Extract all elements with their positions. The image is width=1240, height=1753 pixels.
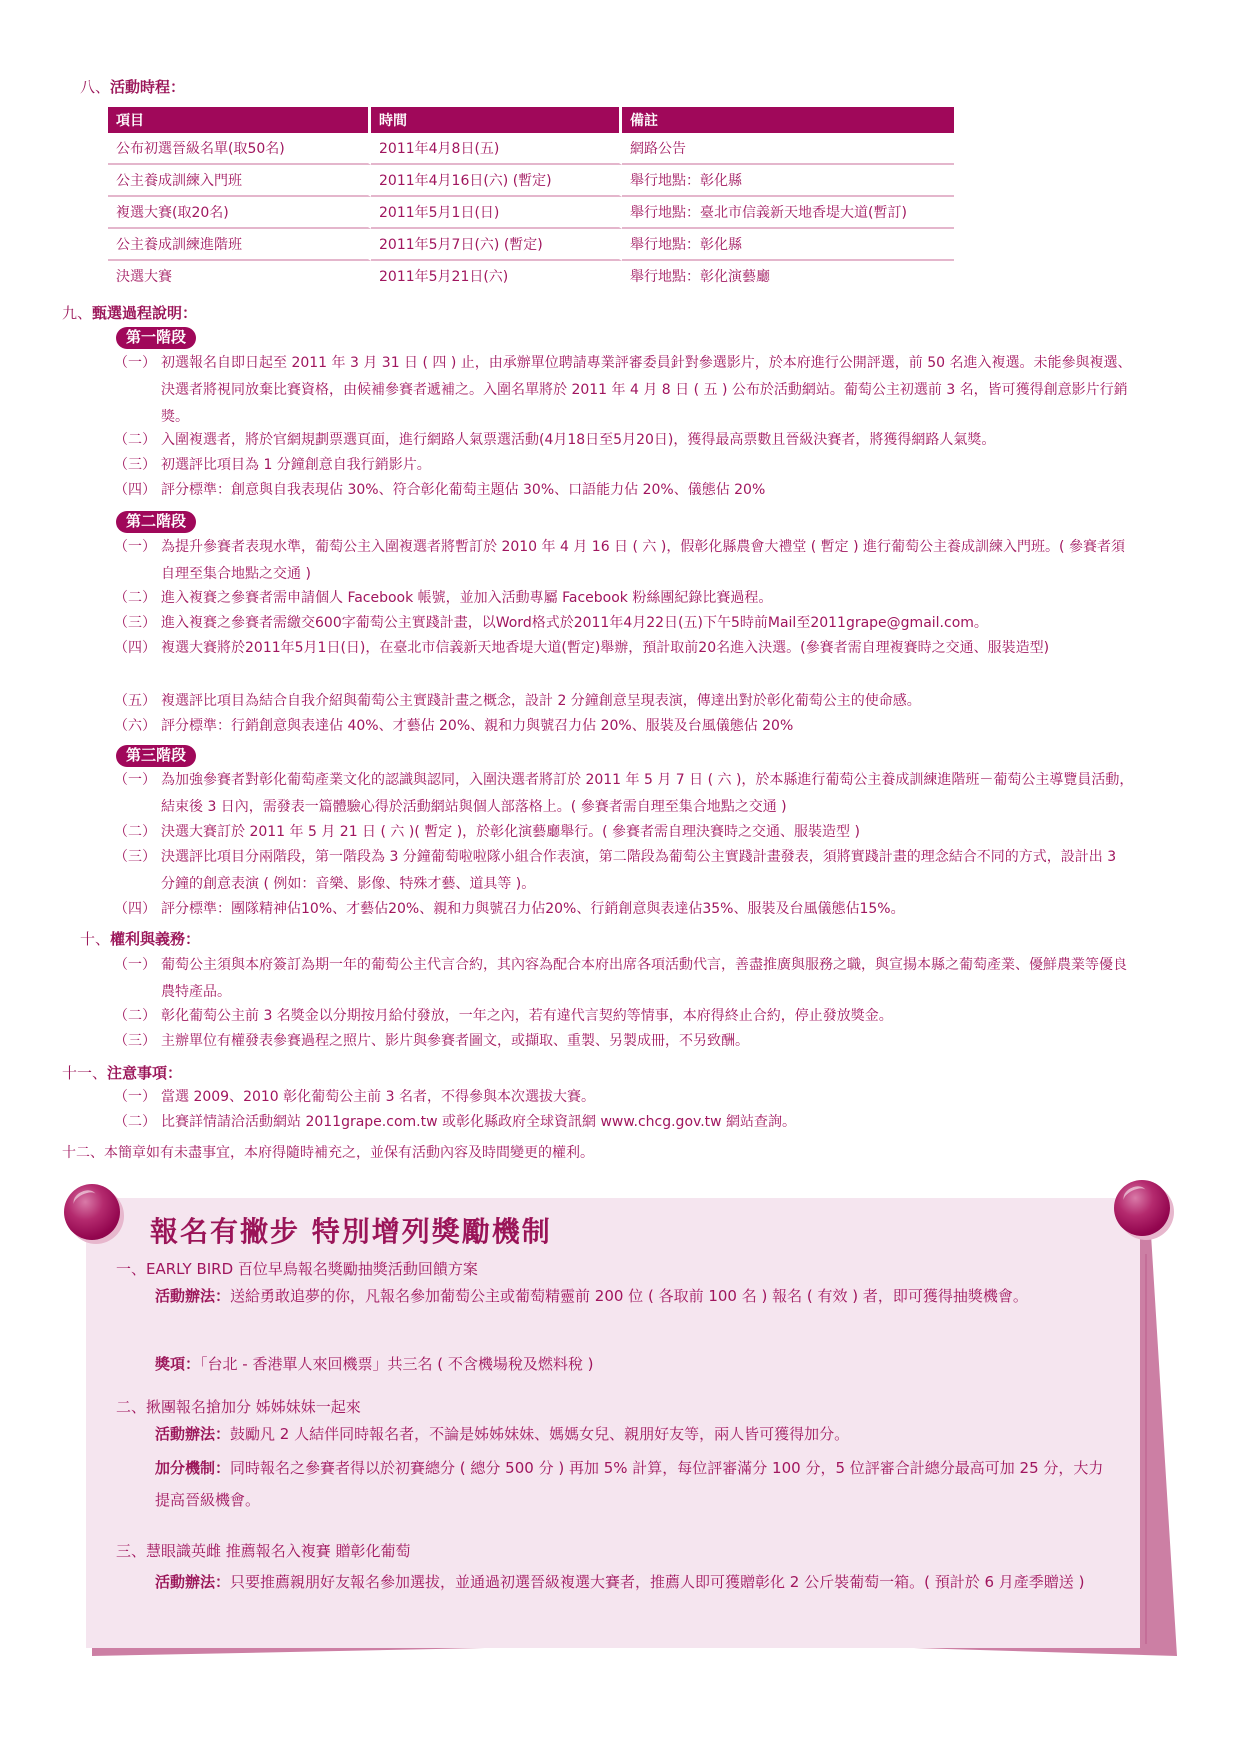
bonus-paragraph: 獎項：「台北 - 香港單人來回機票」共三名 ( 不含機場稅及燃料稅 ) bbox=[155, 1348, 1115, 1380]
item-marker: （三） bbox=[114, 610, 161, 637]
item-marker: （四） bbox=[114, 477, 161, 504]
cell-item: 複選大賽(取20名) bbox=[108, 197, 371, 229]
paragraph-text: 只要推薦親朋好友報名參加選拔，並通過初選晉級複選大賽者，推薦人即可獲贈彰化 2 … bbox=[230, 1573, 1084, 1591]
schedule-table: 項目 時間 備註 公布初選晉級名單(取50名) 2011年4月8日(五) 網路公… bbox=[108, 107, 954, 291]
list-item: （四） 複選大賽將於2011年5月1日(日)，在臺北市信義新天地香堤大道(暫定)… bbox=[114, 635, 1134, 662]
section-title: 活動時程： bbox=[110, 78, 185, 96]
paragraph-text: 「台北 - 香港單人來回機票」共三名 ( 不含機場稅及燃料稅 ) bbox=[200, 1355, 593, 1373]
item-marker: （一） bbox=[114, 1084, 161, 1111]
item-marker: （四） bbox=[114, 635, 161, 662]
list-item: （三） 主辦單位有權發表參賽過程之照片、影片與參賽者圖文，或擷取、重製、另製成冊… bbox=[114, 1028, 1134, 1055]
list-item: （一） 初選報名自即日起至 2011 年 3 月 31 日 ( 四 ) 止，由承… bbox=[114, 350, 1134, 431]
item-marker: （四） bbox=[114, 896, 161, 923]
stage-2-badge: 第二階段 bbox=[116, 511, 196, 533]
bonus-paragraph: 活動辦法：鼓勵凡 2 人結伴同時報名者，不論是姊姊妹妹、媽媽女兒、親朋好友等，兩… bbox=[155, 1418, 1115, 1450]
list-item: （二） 彰化葡萄公主前 3 名獎金以分期按月給付發放，一年之內，若有違代言契約等… bbox=[114, 1003, 1134, 1030]
item-text: 進入複賽之參賽者需繳交600字葡萄公主實踐計畫，以Word格式於2011年4月2… bbox=[161, 610, 1134, 637]
bonus-title: 報名有撇步 特別增列獎勵機制 bbox=[150, 1210, 552, 1250]
item-marker: （一） bbox=[114, 534, 161, 588]
item-text: 評分標準：行銷創意與表達佔 40%、才藝佔 20%、親和力與號召力佔 20%、服… bbox=[161, 713, 1134, 740]
item-marker: （三） bbox=[114, 452, 161, 479]
item-text: 初選報名自即日起至 2011 年 3 月 31 日 ( 四 ) 止，由承辦單位聘… bbox=[161, 350, 1134, 431]
bonus-paragraph: 活動辦法：只要推薦親朋好友報名參加選拔，並通過初選晉級複選大賽者，推薦人即可獲贈… bbox=[155, 1566, 1115, 1598]
item-marker: （二） bbox=[114, 427, 161, 454]
list-item: （一） 為加強參賽者對彰化葡萄產業文化的認識與認同，入圍決選者將訂於 2011 … bbox=[114, 767, 1134, 821]
item-text: 評分標準：團隊精神佔10%、才藝佔20%、親和力與號召力佔20%、行銷創意與表達… bbox=[161, 896, 1134, 923]
section-title: 甄選過程說明： bbox=[92, 304, 197, 322]
item-text: 葡萄公主須與本府簽訂為期一年的葡萄公主代言合約，其內容為配合本府出席各項活動代言… bbox=[161, 952, 1134, 1006]
cell-item: 公主養成訓練入門班 bbox=[108, 165, 371, 197]
cell-remark: 舉行地點：臺北市信義新天地香堤大道(暫訂) bbox=[622, 197, 954, 229]
item-text: 為加強參賽者對彰化葡萄產業文化的認識與認同，入圍決選者將訂於 2011 年 5 … bbox=[161, 767, 1134, 821]
item-text: 決選大賽訂於 2011 年 5 月 21 日 ( 六 )( 暫定 )，於彰化演藝… bbox=[161, 819, 1134, 846]
item-marker: （二） bbox=[114, 1003, 161, 1030]
item-marker: （三） bbox=[114, 1028, 161, 1055]
item-text: 決選評比項目分兩階段，第一階段為 3 分鐘葡萄啦啦隊小組合作表演，第二階段為葡萄… bbox=[161, 844, 1134, 898]
pin-string bbox=[1145, 1254, 1147, 1644]
column-header-time: 時間 bbox=[371, 107, 622, 133]
item-text: 比賽詳情請洽活動網站 2011grape.com.tw 或彰化縣政府全球資訊網 … bbox=[161, 1109, 1134, 1136]
cell-remark: 網路公告 bbox=[622, 133, 954, 165]
stage-3-badge: 第三階段 bbox=[116, 745, 196, 767]
paragraph-label: 活動辦法： bbox=[155, 1425, 230, 1443]
list-item: （二） 進入複賽之參賽者需申請個人 Facebook 帳號，並加入活動專屬 Fa… bbox=[114, 585, 1134, 612]
item-text: 複選評比項目為結合自我介紹與葡萄公主實踐計畫之概念，設計 2 分鐘創意呈現表演，… bbox=[161, 688, 1134, 715]
cell-time: 2011年4月16日(六) (暫定) bbox=[371, 165, 622, 197]
paragraph-label: 活動辦法： bbox=[155, 1573, 230, 1591]
cell-remark: 舉行地點：彰化演藝廳 bbox=[622, 261, 954, 291]
cell-time: 2011年5月7日(六) (暫定) bbox=[371, 229, 622, 261]
list-item: （三） 進入複賽之參賽者需繳交600字葡萄公主實踐計畫，以Word格式於2011… bbox=[114, 610, 1134, 637]
bonus-paragraph: 加分機制：同時報名之參賽者得以於初賽總分 ( 總分 500 分 ) 再加 5% … bbox=[155, 1452, 1115, 1516]
section-number: 九、 bbox=[62, 304, 92, 322]
item-text: 初選評比項目為 1 分鐘創意自我行銷影片。 bbox=[161, 452, 1134, 479]
section-number: 八、 bbox=[80, 78, 110, 96]
list-item: （三） 決選評比項目分兩階段，第一階段為 3 分鐘葡萄啦啦隊小組合作表演，第二階… bbox=[114, 844, 1134, 898]
paragraph-text: 送給勇敢追夢的你，凡報名參加葡萄公主或葡萄精靈前 200 位 ( 各取前 100… bbox=[230, 1287, 1028, 1305]
cell-time: 2011年4月8日(五) bbox=[371, 133, 622, 165]
bonus-heading-1: 一、EARLY BIRD 百位早鳥報名獎勵抽獎活動回饋方案 bbox=[116, 1258, 478, 1279]
section-number: 十、 bbox=[80, 930, 110, 948]
table-row: 複選大賽(取20名) 2011年5月1日(日) 舉行地點：臺北市信義新天地香堤大… bbox=[108, 197, 954, 229]
column-header-remark: 備註 bbox=[622, 107, 954, 133]
stage-1-badge: 第一階段 bbox=[116, 327, 196, 349]
item-marker: （二） bbox=[114, 1109, 161, 1136]
cell-item: 決選大賽 bbox=[108, 261, 371, 291]
item-text: 進入複賽之參賽者需申請個人 Facebook 帳號，並加入活動專屬 Facebo… bbox=[161, 585, 1134, 612]
list-item: （一） 葡萄公主須與本府簽訂為期一年的葡萄公主代言合約，其內容為配合本府出席各項… bbox=[114, 952, 1134, 1006]
list-item: （二） 入圍複選者，將於官網規劃票選頁面，進行網路人氣票選活動(4月18日至5月… bbox=[114, 427, 1134, 454]
item-text: 評分標準：創意與自我表現佔 30%、符合彰化葡萄主題佔 30%、口語能力佔 20… bbox=[161, 477, 1134, 504]
table-row: 公主養成訓練進階班 2011年5月7日(六) (暫定) 舉行地點：彰化縣 bbox=[108, 229, 954, 261]
list-item: （六） 評分標準：行銷創意與表達佔 40%、才藝佔 20%、親和力與號召力佔 2… bbox=[114, 713, 1134, 740]
column-header-item: 項目 bbox=[108, 107, 371, 133]
cell-item: 公主養成訓練進階班 bbox=[108, 229, 371, 261]
cell-time: 2011年5月1日(日) bbox=[371, 197, 622, 229]
item-text: 當選 2009、2010 彰化葡萄公主前 3 名者，不得參與本次選拔大賽。 bbox=[161, 1084, 1134, 1111]
item-marker: （五） bbox=[114, 688, 161, 715]
section-8-heading: 八、活動時程： bbox=[80, 76, 185, 97]
list-item: （二） 比賽詳情請洽活動網站 2011grape.com.tw 或彰化縣政府全球… bbox=[114, 1109, 1134, 1136]
paragraph-text: 同時報名之參賽者得以於初賽總分 ( 總分 500 分 ) 再加 5% 計算，每位… bbox=[155, 1459, 1103, 1509]
cell-item: 公布初選晉級名單(取50名) bbox=[108, 133, 371, 165]
paragraph-label: 加分機制： bbox=[155, 1459, 230, 1477]
table-header-row: 項目 時間 備註 bbox=[108, 107, 954, 133]
bonus-heading-2: 二、揪團報名搶加分 姊姊妹妹一起來 bbox=[116, 1396, 361, 1417]
section-title: 權利與義務： bbox=[110, 930, 200, 948]
item-marker: （六） bbox=[114, 713, 161, 740]
cell-time: 2011年5月21日(六) bbox=[371, 261, 622, 291]
list-item: （三） 初選評比項目為 1 分鐘創意自我行銷影片。 bbox=[114, 452, 1134, 479]
section-number: 十一、 bbox=[62, 1064, 107, 1082]
list-item: （四） 評分標準：創意與自我表現佔 30%、符合彰化葡萄主題佔 30%、口語能力… bbox=[114, 477, 1134, 504]
pushpin-icon bbox=[64, 1184, 120, 1240]
cell-remark: 舉行地點：彰化縣 bbox=[622, 165, 954, 197]
section-10-heading: 十、權利與義務： bbox=[80, 928, 200, 949]
list-item: （四） 評分標準：團隊精神佔10%、才藝佔20%、親和力與號召力佔20%、行銷創… bbox=[114, 896, 1134, 923]
item-marker: （一） bbox=[114, 767, 161, 821]
section-12-note: 十二、本簡章如有未盡事宜，本府得隨時補充之，並保有活動內容及時間變更的權利。 bbox=[62, 1142, 594, 1162]
item-marker: （三） bbox=[114, 844, 161, 898]
paragraph-label: 獎項： bbox=[155, 1355, 200, 1373]
list-item: （二） 決選大賽訂於 2011 年 5 月 21 日 ( 六 )( 暫定 )，於… bbox=[114, 819, 1134, 846]
item-text: 主辦單位有權發表參賽過程之照片、影片與參賽者圖文，或擷取、重製、另製成冊，不另致… bbox=[161, 1028, 1134, 1055]
cell-remark: 舉行地點：彰化縣 bbox=[622, 229, 954, 261]
pushpin-icon bbox=[1114, 1180, 1170, 1236]
section-9-heading: 九、甄選過程說明： bbox=[62, 302, 197, 323]
item-text: 入圍複選者，將於官網規劃票選頁面，進行網路人氣票選活動(4月18日至5月20日)… bbox=[161, 427, 1134, 454]
table-row: 決選大賽 2011年5月21日(六) 舉行地點：彰化演藝廳 bbox=[108, 261, 954, 291]
section-11-heading: 十一、注意事項： bbox=[62, 1062, 182, 1083]
item-text: 彰化葡萄公主前 3 名獎金以分期按月給付發放，一年之內，若有違代言契約等情事，本… bbox=[161, 1003, 1134, 1030]
item-marker: （二） bbox=[114, 819, 161, 846]
bonus-paragraph: 活動辦法：送給勇敢追夢的你，凡報名參加葡萄公主或葡萄精靈前 200 位 ( 各取… bbox=[155, 1280, 1115, 1312]
paragraph-text: 鼓勵凡 2 人結伴同時報名者，不論是姊姊妹妹、媽媽女兒、親朋好友等，兩人皆可獲得… bbox=[230, 1425, 849, 1443]
paragraph-label: 活動辦法： bbox=[155, 1287, 230, 1305]
item-marker: （一） bbox=[114, 952, 161, 1006]
item-marker: （一） bbox=[114, 350, 161, 431]
table-row: 公主養成訓練入門班 2011年4月16日(六) (暫定) 舉行地點：彰化縣 bbox=[108, 165, 954, 197]
section-title: 注意事項： bbox=[107, 1064, 182, 1082]
bonus-heading-3: 三、慧眼識英雌 推薦報名入複賽 贈彰化葡萄 bbox=[116, 1540, 411, 1561]
list-item: （一） 當選 2009、2010 彰化葡萄公主前 3 名者，不得參與本次選拔大賽… bbox=[114, 1084, 1134, 1111]
item-marker: （二） bbox=[114, 585, 161, 612]
list-item: （一） 為提升參賽者表現水準，葡萄公主入圍複選者將暫訂於 2010 年 4 月 … bbox=[114, 534, 1134, 588]
table-row: 公布初選晉級名單(取50名) 2011年4月8日(五) 網路公告 bbox=[108, 133, 954, 165]
list-item: （五） 複選評比項目為結合自我介紹與葡萄公主實踐計畫之概念，設計 2 分鐘創意呈… bbox=[114, 688, 1134, 715]
item-text: 複選大賽將於2011年5月1日(日)，在臺北市信義新天地香堤大道(暫定)舉辦，預… bbox=[161, 635, 1134, 662]
item-text: 為提升參賽者表現水準，葡萄公主入圍複選者將暫訂於 2010 年 4 月 16 日… bbox=[161, 534, 1134, 588]
